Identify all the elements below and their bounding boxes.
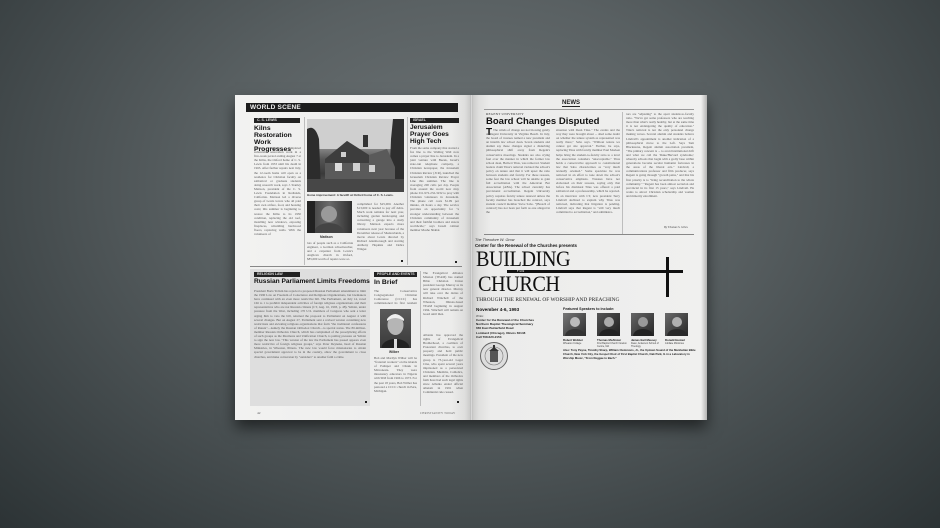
ad-dates: November 4-6, 1993 bbox=[476, 307, 519, 312]
caption-kilns-photo: Home improvement: A facelift at Oxford h… bbox=[307, 193, 407, 197]
ad-address: Center for the Renewal of the Churches N… bbox=[476, 318, 534, 339]
speaker-card: Donald Hustad Jubilate Ministries bbox=[665, 313, 695, 345]
speaker-card: James Earl Massey Dean, Anderson School … bbox=[631, 313, 661, 348]
end-mark bbox=[365, 401, 367, 403]
kicker-religion-law: RELIGION LAW bbox=[254, 272, 300, 277]
body-russia: President Boris Yeltsin has rejected a p… bbox=[254, 289, 366, 403]
headline-board-changes: Board Changes Disputed bbox=[486, 117, 626, 127]
speaker-card: Thomas McAlister First Baptist Church Ne… bbox=[597, 313, 627, 348]
ad-title-church: CHURCH bbox=[478, 273, 560, 295]
caption-wilber: Wilber bbox=[389, 350, 399, 354]
portrait-mattson bbox=[307, 201, 352, 233]
person-portrait-icon bbox=[380, 309, 411, 348]
ad-speakers-heading: Featured Speakers to include: bbox=[563, 307, 614, 311]
ad-presenter-line: The Theodore W. Grow bbox=[475, 238, 515, 242]
person-portrait-icon bbox=[665, 313, 688, 336]
section-banner-news: NEWS bbox=[562, 100, 580, 107]
person-portrait-icon bbox=[597, 313, 620, 336]
body-in-brief-cont: Bob and Marilyn Wilber will be "fraterna… bbox=[374, 356, 417, 403]
kicker-people-and-events: PEOPLE AND EVENTS bbox=[374, 272, 417, 277]
body-in-brief-item-2: The Evangelical Alliance Mission (TEAM) … bbox=[423, 271, 463, 333]
page-number: 42 bbox=[257, 411, 261, 415]
column-rule bbox=[420, 271, 421, 406]
ad-subtitle: THROUGH THE RENEWAL OF WORSHIP AND PREAC… bbox=[476, 297, 619, 303]
column-rule bbox=[407, 117, 408, 265]
speaker-affiliation: Wheaton College bbox=[563, 342, 591, 345]
caption-mattson: Mattson bbox=[320, 235, 333, 239]
body-in-brief: The Conservative Congregational Christia… bbox=[374, 289, 417, 305]
house-illustration-icon bbox=[307, 119, 404, 192]
body-kilns: Seventy volunteers completed substantial… bbox=[254, 146, 301, 263]
ad-seal-logo-icon bbox=[480, 342, 508, 370]
headline-in-brief: In Brief bbox=[374, 279, 417, 286]
portrait-wilber bbox=[380, 309, 411, 348]
church-seal-icon bbox=[481, 343, 507, 369]
section-rule bbox=[484, 234, 694, 235]
body-kilns-cont-2: complished for $25,000. Another $13,000 … bbox=[357, 202, 404, 262]
header-rule bbox=[484, 109, 694, 110]
headline-russia: Russian Parliament Limits Freedoms bbox=[254, 279, 370, 286]
section-banner-world-scene: WORLD SCENE bbox=[246, 103, 458, 112]
byline: By Thomas S. Giles. bbox=[664, 225, 688, 229]
footer-publication: CHRISTIANITY TODAY bbox=[420, 411, 455, 415]
ad-building-the-church: The Theodore W. Grow Center for the Rene… bbox=[475, 238, 701, 418]
kicker-cs-lewis: C. S. LEWIS bbox=[254, 118, 300, 123]
kicker-israel: ISRAEL bbox=[410, 118, 459, 123]
body-kilns-cont-1: lots of people such as a California engi… bbox=[307, 241, 353, 263]
end-mark bbox=[457, 401, 459, 403]
left-page: WORLD SCENE C. S. LEWIS Kilns Restoratio… bbox=[235, 95, 471, 420]
section-rule bbox=[250, 266, 462, 267]
person-portrait-icon bbox=[631, 313, 654, 336]
speaker-photo-mcalister bbox=[597, 313, 620, 336]
ad-title-building: BUILDING bbox=[476, 248, 570, 270]
speaker-affiliation: Jubilate Ministries bbox=[665, 342, 695, 345]
column-rule bbox=[622, 112, 623, 234]
magazine-spread: WORLD SCENE C. S. LEWIS Kilns Restoratio… bbox=[235, 95, 707, 420]
body-col-3: tors are "adjusting" to the apart studen… bbox=[626, 112, 694, 220]
speaker-card: Robert Webber Wheaton College bbox=[563, 313, 591, 345]
right-edge-shadow bbox=[701, 95, 707, 420]
speaker-photo-massey bbox=[631, 313, 654, 336]
end-mark bbox=[401, 260, 403, 262]
page-gutter bbox=[465, 95, 479, 420]
column-rule bbox=[304, 117, 305, 265]
body-jerusalem: From the same company that started a fax… bbox=[410, 146, 459, 262]
photo-kilns-house bbox=[307, 119, 404, 192]
ad-also-line: Also: Tony Payne, Timothy Sharp, William… bbox=[563, 349, 699, 360]
person-portrait-icon bbox=[307, 201, 352, 233]
ad-phone: Call 708.620.2153 bbox=[476, 335, 534, 339]
person-portrait-icon bbox=[563, 313, 586, 336]
speaker-photo-hustad bbox=[665, 313, 688, 336]
speaker-photo-webber bbox=[563, 313, 586, 336]
body-col-2: situation with Dean Titus." The events a… bbox=[556, 128, 620, 232]
ad-cross-vertical bbox=[666, 257, 669, 297]
end-mark bbox=[455, 261, 457, 263]
headline-jerusalem: Jerusalem Prayer Goes High Tech bbox=[410, 125, 462, 146]
body-in-brief-item-3: Albania has approved the rights of Evang… bbox=[423, 333, 463, 403]
body-col-1: The winds of change are not blowing gent… bbox=[486, 128, 550, 232]
right-page: NEWS REGENT UNIVERSITY Board Changes Dis… bbox=[472, 95, 707, 420]
